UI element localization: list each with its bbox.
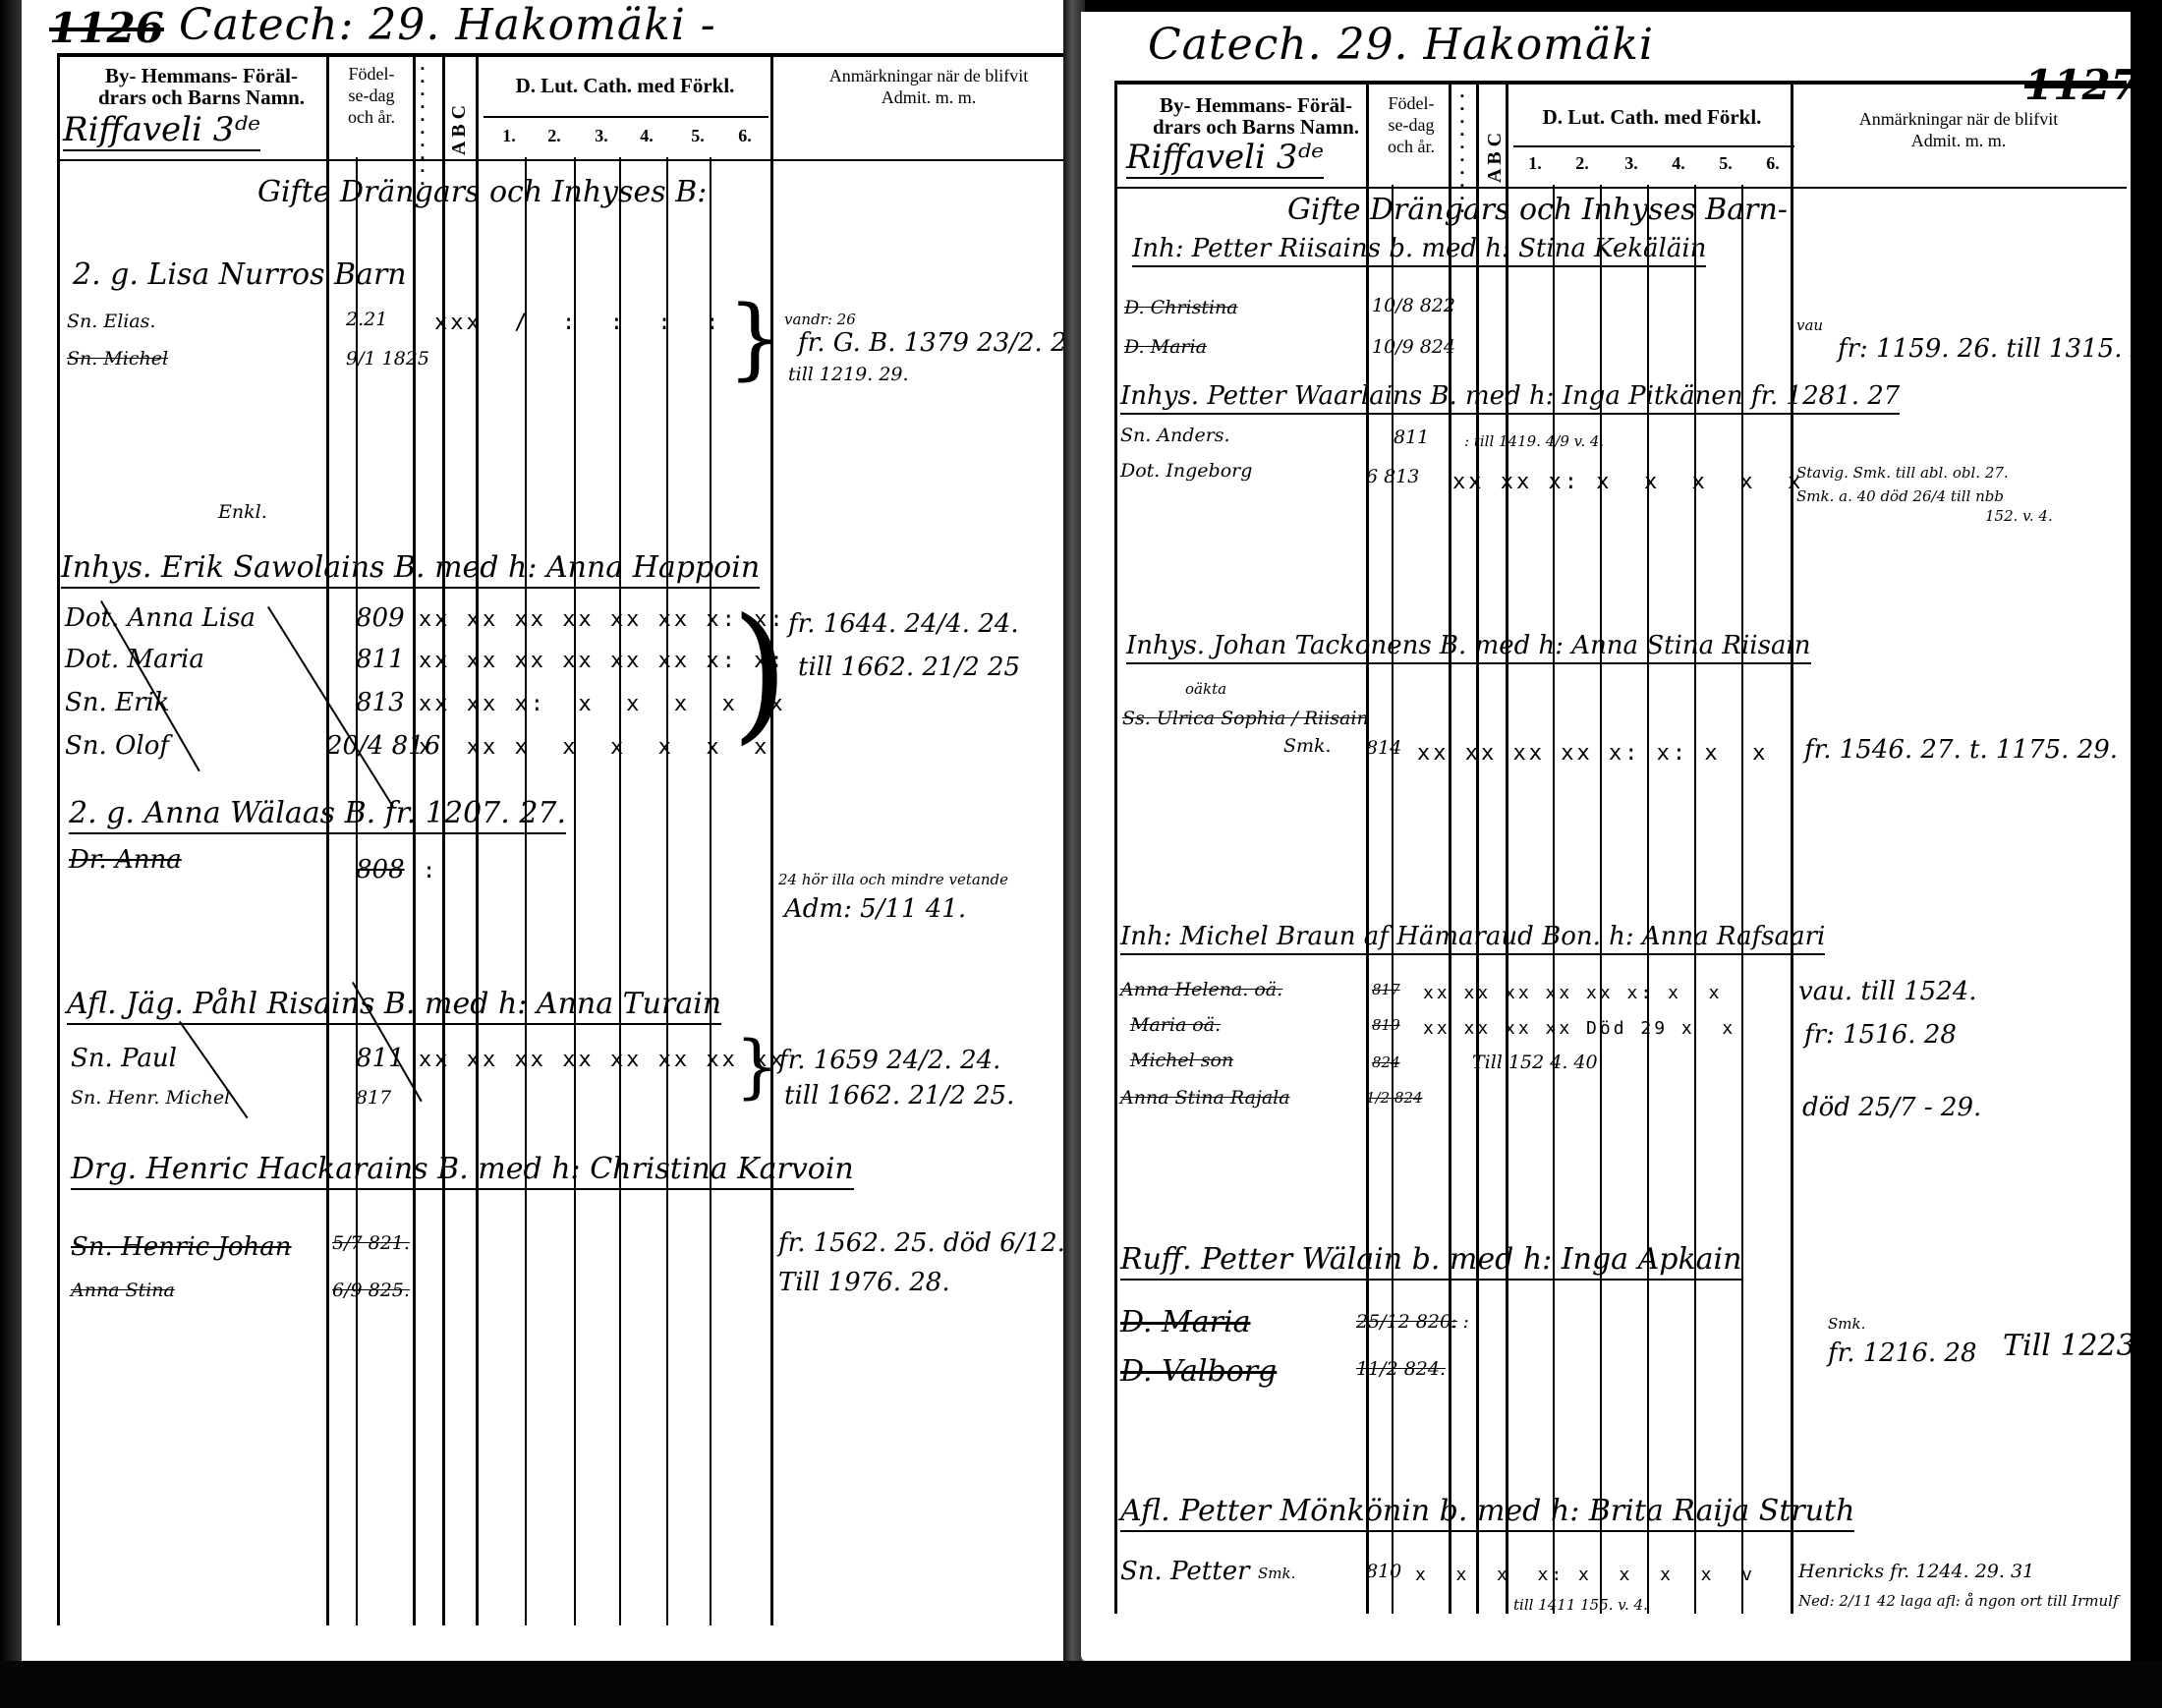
column-header-abc: A B C: [448, 65, 471, 155]
member-birth: 811: [1394, 427, 1429, 448]
catechism-col-6: 6.: [1753, 153, 1792, 174]
remark: Stavig. Smk. till abl. obl. 27.: [1796, 464, 2009, 482]
remark: till 1411 155. v. 4.: [1513, 1596, 1648, 1614]
remark: vandr: 26: [784, 311, 856, 328]
member-name: D. Christina: [1124, 297, 1238, 318]
column-header-reading-vertical: ▪▪▪▪▪▪▪▪▪▪: [1456, 90, 1468, 184]
header-bottom-rule: [57, 159, 1079, 161]
scan-bottom-shadow: [0, 1661, 2162, 1708]
column-rule: [1506, 81, 1508, 1614]
catechism-subrule: [484, 116, 768, 118]
member-birth: 10/8 822: [1372, 295, 1455, 316]
remark: vau. till 1524.: [1798, 977, 1977, 1006]
family-heading: 2. g. Lisa Nurros Barn: [73, 257, 407, 292]
member-marks: Till 152 4. 40: [1472, 1052, 1598, 1073]
member-marks: xx xx xx xx xx x: x x: [1423, 983, 1722, 1003]
member-birth: 817: [1372, 981, 1400, 998]
member-marks: xxx / : : : :: [434, 311, 721, 335]
family-heading: Inh: Petter Riisains b. med h: Stina Kek…: [1132, 234, 1706, 267]
remark: Ned: 2/11 42 laga afl: å ngon ort till I…: [1798, 1592, 2119, 1610]
remark: till 1662. 21/2 25.: [784, 1081, 1014, 1110]
catechism-subrule: [1513, 145, 1794, 147]
member-name: Dot. Ingeborg: [1120, 460, 1252, 482]
remark: Smk. a. 40 död 26/4 till nbb: [1796, 487, 2004, 505]
brace: }: [735, 1032, 779, 1101]
member-birth: 2.21: [346, 309, 387, 330]
member-marks: :: [423, 859, 438, 883]
member-extra: Smk.: [1258, 1565, 1295, 1582]
member-name: Anna Stina Rajala: [1120, 1087, 1290, 1109]
left-register-page: 1126 Catech: 29. Hakomäki - By- Hemmans-…: [22, 0, 1085, 1663]
member-name: D. Maria: [1120, 1305, 1250, 1339]
remark: fr. G. B. 1379 23/2. 24.: [798, 328, 1085, 358]
remark: Till 1976. 28.: [778, 1268, 950, 1297]
column-header-catechism: D. Lut. Cath. med Förkl.: [478, 75, 772, 96]
column-rule: [476, 53, 479, 1625]
remark: Henricks fr. 1244. 29. 31: [1798, 1561, 2034, 1582]
member-extra: Smk.: [1283, 735, 1332, 757]
member-birth: 6/9 825.: [332, 1280, 410, 1301]
member-birth: 11/2 824.: [1356, 1358, 1446, 1380]
catechism-col-3: 3.: [582, 126, 621, 146]
column-rule: [619, 157, 621, 1625]
column-header-birth: Födel- se-dag och år.: [332, 63, 411, 128]
remark: fr. 1546. 27. t. 1175. 29.: [1804, 735, 2118, 765]
page-title: Catech: 29. Hakomäki -: [179, 0, 716, 50]
catechism-col-5: 5.: [678, 126, 717, 146]
member-name: Ss. Ulrica Sophia / Riisain: [1122, 708, 1369, 729]
column-rule: [413, 53, 416, 1625]
member-name: Michel son: [1130, 1050, 1233, 1071]
remark: till 1662. 21/2 25: [798, 653, 1020, 682]
catechism-col-2: 2.: [535, 126, 574, 146]
brace: }: [727, 295, 783, 383]
family-heading: Drg. Henric Hackarains B. med h: Christi…: [71, 1152, 854, 1190]
column-rule: [710, 157, 711, 1625]
catechism-col-6: 6.: [725, 126, 765, 146]
member-birth: 809: [356, 603, 405, 633]
remark: fr: 1159. 26. till 1315. 26.: [1838, 334, 2131, 364]
remark: fr: 1516. 28: [1804, 1020, 1957, 1050]
column-header-abc: A B C: [1484, 94, 1507, 183]
member-name: Sn. Michel: [67, 348, 168, 370]
column-rule: [525, 157, 527, 1625]
member-name: D. Maria: [1124, 336, 1207, 358]
family-heading: 2. g. Anna Wälaas B. fr. 1207. 27.: [69, 796, 566, 834]
member-marks: x x x x: x x x x v: [1415, 1565, 1755, 1585]
catechism-col-5: 5.: [1706, 153, 1745, 174]
column-header-remarks: Anmärkningar när de blifvit Admit. m. m.: [776, 65, 1081, 108]
remark: Adm: 5/11 41.: [784, 894, 966, 924]
catechism-col-1: 1.: [489, 126, 529, 146]
family-heading: Inhys. Petter Waarlains B. med h: Inga P…: [1120, 381, 1900, 415]
family-heading: Inhys. Erik Sawolains B. med h: Anna Hap…: [61, 550, 760, 589]
family-heading: Ruff. Petter Wälain b. med h: Inga Apkai…: [1120, 1242, 1741, 1281]
member-birth: 814: [1366, 737, 1401, 759]
member-note: oäkta: [1185, 680, 1226, 698]
member-marks: xx xx xx xx x: x: x x: [1417, 741, 1768, 766]
family-note: Enkl.: [218, 501, 267, 523]
catechism-col-1: 1.: [1515, 153, 1555, 174]
remark: fr. 1644. 24/4. 24.: [788, 609, 1019, 639]
remark: fr. 1216. 28: [1828, 1338, 1977, 1368]
column-header-reading-vertical: ▪▪▪▪▪▪▪▪▪▪: [417, 63, 428, 156]
header-top-rule: [57, 53, 1079, 57]
right-page-edge: [2131, 0, 2162, 1708]
column-rule: [1114, 81, 1117, 1614]
village-name: Riffaveli 3ᵈᵉ: [63, 110, 260, 151]
left-binding-edge: [0, 0, 22, 1708]
column-rule: [666, 157, 668, 1625]
member-marks: : till 1419. 4/9 v. 4.: [1464, 432, 1604, 450]
section-heading: Gifte Drängars och Inhyses Barn-: [1287, 193, 1788, 227]
member-marks: x xx x x x x x x: [419, 735, 769, 760]
remark: död 25/7 - 29.: [1802, 1093, 1981, 1122]
remark: Till 1223. 41.: [2003, 1329, 2131, 1363]
member-birth: 813: [356, 688, 405, 717]
village-name: Riffaveli 3ᵈᵉ: [1126, 138, 1324, 179]
catechism-col-3: 3.: [1612, 153, 1651, 174]
column-header-names: By- Hemmans- Föräl- drars och Barns Namn…: [1116, 94, 1395, 138]
member-marks: xx xx xx xx xx xx xx xx: [419, 1048, 786, 1072]
column-header-catechism: D. Lut. Cath. med Förkl.: [1509, 106, 1794, 128]
catechism-col-4: 4.: [1659, 153, 1698, 174]
section-heading: Gifte Drängars och Inhyses B:: [257, 175, 707, 209]
member-birth: 25/12 820.: [1356, 1311, 1457, 1333]
member-name: Sn. Henric Johan: [71, 1232, 292, 1262]
member-name: Sn. Anders.: [1120, 425, 1230, 446]
header-top-rule: [1114, 81, 2127, 85]
family-heading: Afl. Jäg. Påhl Risains B. med h: Anna Tu…: [67, 987, 721, 1025]
remark: 24 hör illa och mindre vetande: [778, 871, 1008, 888]
brace: ): [731, 599, 789, 747]
catechism-col-2: 2.: [1563, 153, 1602, 174]
member-marks: : :: [1451, 1311, 1469, 1333]
page-number: 1127: [2024, 61, 2131, 109]
member-name: Anna Stina: [71, 1280, 175, 1301]
page-number: 1126: [49, 4, 164, 52]
column-rule: [1366, 81, 1369, 1614]
remark: till 1219. 29.: [788, 364, 909, 385]
member-birth: 817: [356, 1087, 391, 1109]
header-bottom-rule: [1114, 187, 2127, 189]
column-rule: [442, 53, 445, 1625]
member-name: Maria oä.: [1130, 1014, 1221, 1036]
member-name: Sn. Petter: [1120, 1557, 1250, 1586]
member-birth: 811: [356, 645, 405, 674]
member-name: Sn. Olof: [65, 731, 169, 761]
remark: Smk.: [1828, 1315, 1865, 1333]
column-header-remarks: Anmärkningar när de blifvit Admit. m. m.: [1796, 108, 2121, 151]
family-heading: Inhys. Johan Tackonens B. med h: Anna St…: [1126, 631, 1811, 664]
member-marks: xx xx xx xx Död 29 x x: [1423, 1018, 1735, 1039]
member-name: D. Valborg: [1120, 1354, 1277, 1389]
member-birth: 5/7 821.: [332, 1232, 410, 1254]
column-rule: [57, 53, 60, 1625]
member-birth: 9/1 1825: [346, 348, 429, 370]
member-birth: 808: [356, 855, 405, 884]
member-birth: 819: [1372, 1016, 1400, 1034]
member-birth: 6 813: [1366, 466, 1419, 487]
member-birth: 1/2 824: [1366, 1089, 1423, 1107]
member-marks: xx xx x: x x x x x: [1452, 470, 1803, 494]
member-name: Sn. Henr. Michel: [71, 1087, 230, 1109]
family-heading: Inh: Michel Braun af Hämaraud Bon. h: An…: [1120, 922, 1825, 955]
member-name: Sn. Elias.: [67, 311, 155, 332]
remark: fr. 1659 24/2. 24.: [778, 1046, 1000, 1075]
catechism-col-4: 4.: [627, 126, 666, 146]
column-header-names: By- Hemmans- Föräl- drars och Barns Namn…: [59, 65, 344, 108]
member-name: Dr. Anna: [69, 845, 182, 875]
column-rule: [1791, 81, 1793, 1614]
right-register-page: Catech. 29. Hakomäki 1127 By- Hemmans- F…: [1081, 12, 2131, 1663]
column-rule: [356, 157, 358, 1625]
remark: 152. v. 4.: [1985, 507, 2053, 525]
remark: vau: [1796, 316, 1823, 334]
family-heading: Afl. Petter Mönkönin b. med h: Brita Rai…: [1120, 1494, 1854, 1532]
member-birth: 10/9 824: [1372, 336, 1455, 358]
page-title: Catech. 29. Hakomäki: [1148, 20, 1654, 70]
member-birth: 824: [1372, 1053, 1400, 1071]
member-name: Dot. Anna Lisa: [65, 603, 256, 633]
member-birth: 810: [1366, 1561, 1401, 1582]
member-name: Sn. Paul: [71, 1044, 177, 1073]
column-rule: [1476, 81, 1479, 1614]
column-rule: [574, 157, 576, 1625]
member-name: Anna Helena. oä.: [1120, 979, 1282, 1000]
column-header-birth: Födel- se-dag och år.: [1372, 92, 1451, 157]
remark: fr. 1562. 25. död 6/12. 25.: [778, 1228, 1085, 1258]
